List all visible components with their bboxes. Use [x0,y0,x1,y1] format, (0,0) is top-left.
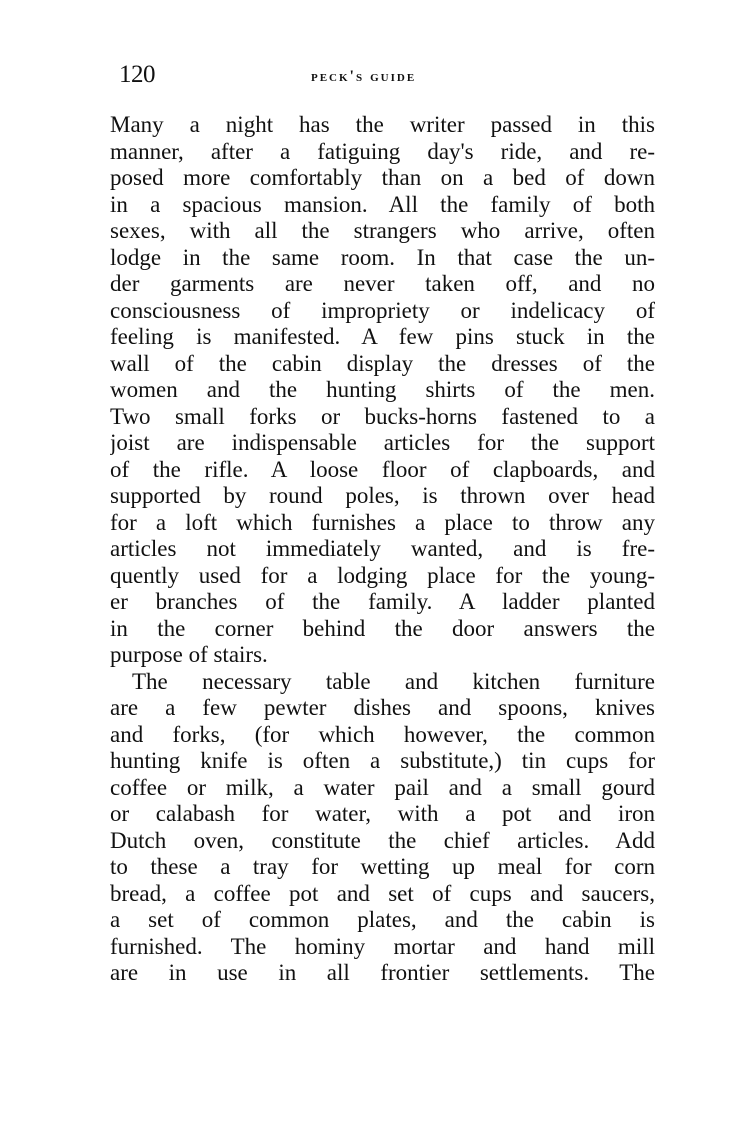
text-line: consciousness of impropriety or indelica… [110,298,655,325]
text-line: in a spacious mansion. All the family of… [110,192,655,219]
text-line: sexes, with all the strangers who arrive… [110,218,655,245]
text-line: Dutch oven, constitute the chief article… [110,828,655,855]
text-line: quently used for a lodging place for the… [110,563,655,590]
text-line: in the corner behind the door answers th… [110,616,655,643]
text-line: furnished. The hominy mortar and hand mi… [110,934,655,961]
text-line: women and the hunting shirts of the men. [110,377,655,404]
text-line: Two small forks or bucks-horns fastened … [110,404,655,431]
text-line: Many a night has the writer passed in th… [110,112,655,139]
text-line: feeling is manifested. A few pins stuck … [110,324,655,351]
text-line: or calabash for water, with a pot and ir… [110,801,655,828]
text-line: wall of the cabin display the dresses of… [110,351,655,378]
text-line: bread, a coffee pot and set of cups and … [110,881,655,908]
text-line: are a few pewter dishes and spoons, kniv… [110,695,655,722]
page-number: 120 [119,60,155,90]
text-line: a set of common plates, and the cabin is [110,907,655,934]
text-line: of the rifle. A loose floor of clapboard… [110,457,655,484]
text-line: articles not immediately wanted, and is … [110,536,655,563]
text-line: for a loft which furnishes a place to th… [110,510,655,537]
text-line: are in use in all frontier settlements. … [110,960,655,987]
text-line: supported by round poles, is thrown over… [110,483,655,510]
text-line: der garments are never taken off, and no [110,271,655,298]
text-line: posed more comfortably than on a bed of … [110,165,655,192]
text-line: to these a tray for wetting up meal for … [110,854,655,881]
text-line: manner, after a fatiguing day's ride, an… [110,139,655,166]
text-line: coffee or milk, a water pail and a small… [110,775,655,802]
book-page: 120 PECK'S GUIDE Many a night has the wr… [0,0,736,1133]
text-line: hunting knife is often a substitute,) ti… [110,748,655,775]
running-header: 120 PECK'S GUIDE [119,60,659,92]
text-line: lodge in the same room. In that case the… [110,245,655,272]
paragraph-first-line: The necessary table and kitchen furnitur… [110,669,655,696]
text-line: purpose of stairs. [110,642,655,669]
text-line: and forks, (for which however, the commo… [110,722,655,749]
running-title: PECK'S GUIDE [311,64,416,90]
text-line: er branches of the family. A ladder plan… [110,589,655,616]
body-text: Many a night has the writer passed in th… [110,112,655,987]
text-line: joist are indispensable articles for the… [110,430,655,457]
